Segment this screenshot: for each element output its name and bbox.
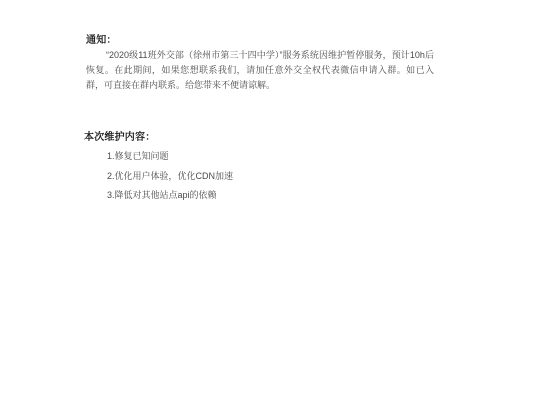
maintenance-list: 1.修复已知问题 2.优化用户体验，优化CDN加速 3.降低对其他站点api的依…	[107, 147, 233, 206]
maintenance-list-item: 2.优化用户体验，优化CDN加速	[107, 167, 233, 187]
notice-document: 通知： “2020级11班外交部（徐州市第三十四中学）”服务系统因维护暂停服务，…	[0, 0, 540, 405]
maintenance-list-item: 3.降低对其他站点api的依赖	[107, 186, 233, 206]
notice-heading: 通知：	[86, 31, 117, 46]
maintenance-list-item: 1.修复已知问题	[107, 147, 233, 167]
notice-body-paragraph: “2020级11班外交部（徐州市第三十四中学）”服务系统因维护暂停服务，预计10…	[86, 48, 434, 93]
maintenance-heading: 本次维护内容：	[84, 128, 155, 143]
